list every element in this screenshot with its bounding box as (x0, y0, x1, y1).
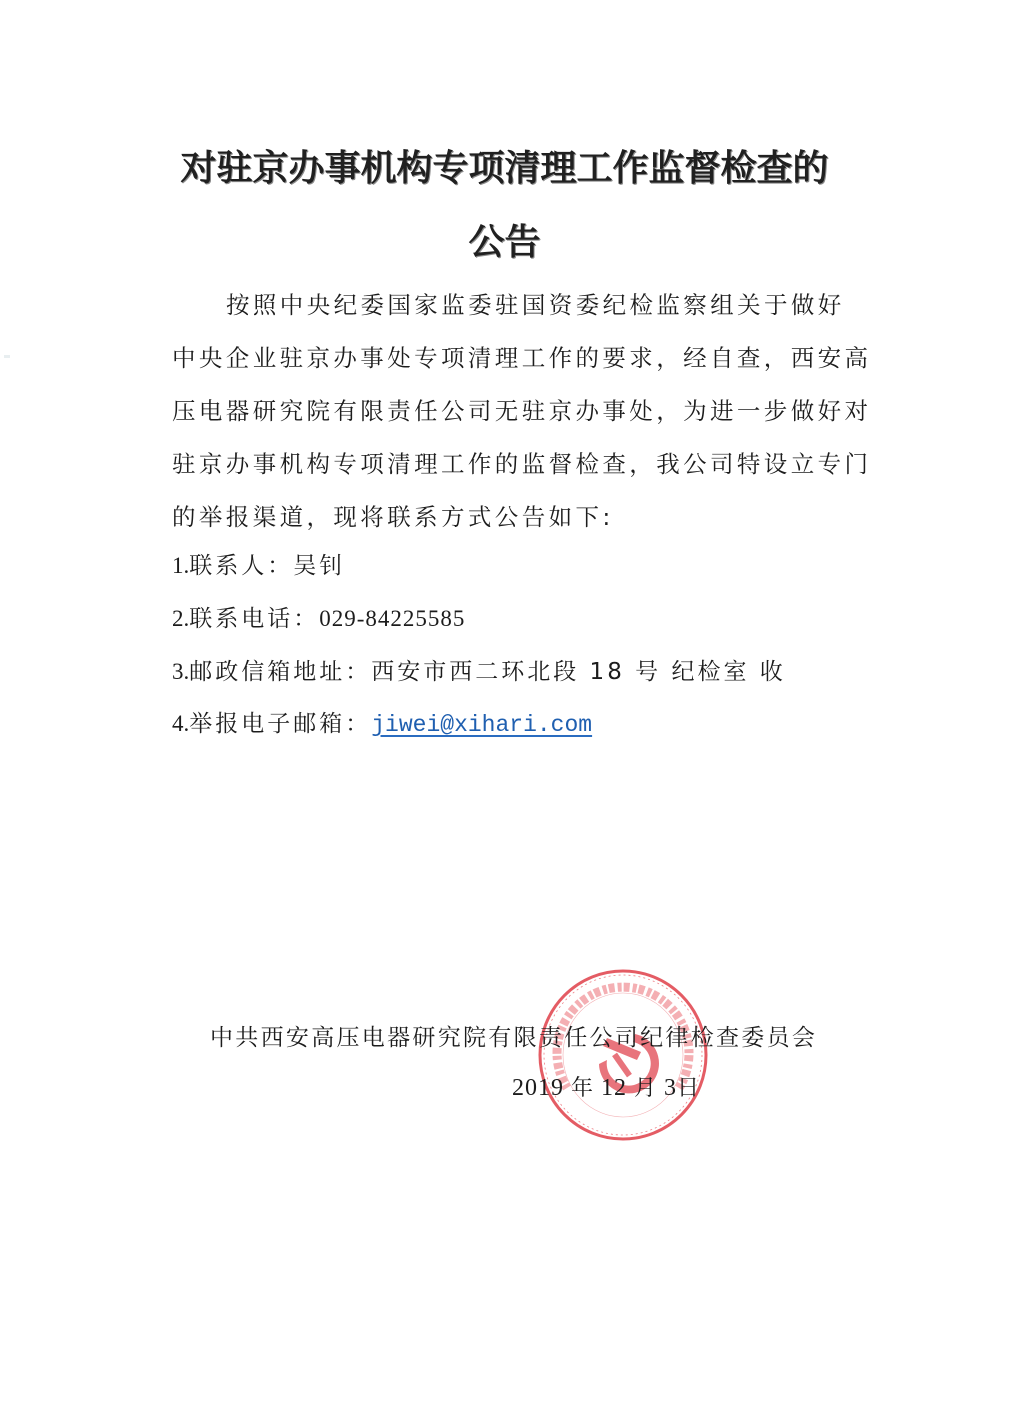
item-number: 4. (172, 711, 189, 736)
date-year: 2019 (512, 1075, 564, 1101)
contact-person-value: 吴钊 (293, 553, 345, 579)
contact-item-phone: 2.联系电话：029-84225585 (172, 604, 465, 634)
paragraph-line-5: 的举报渠道，现将联系方式公告如下: (172, 502, 862, 532)
document-title-line-2: 公告 (0, 214, 1009, 265)
paragraph-line-3: 压电器研究院有限责任公司无驻京办事处，为进一步做好对 (172, 396, 862, 426)
contact-item-mailbox: 3.邮政信箱地址：西安市西二环北段 18 号 纪检室 收 (172, 657, 786, 687)
official-seal-icon (537, 968, 709, 1142)
scan-artifact (4, 355, 10, 358)
contact-item-person: 1.联系人：吴钊 (172, 551, 345, 581)
date-month: 12 (601, 1075, 627, 1101)
item-number: 1. (172, 553, 189, 578)
document-page: 对驻京办事机构专项清理工作监督检查的 公告 按照中央纪委国家监委驻国资委纪检监察… (0, 0, 1009, 1415)
date-day: 3 (664, 1075, 677, 1101)
item-label: 举报电子邮箱： (189, 711, 371, 737)
item-number: 3. (172, 659, 189, 684)
date-month-unit: 月 (634, 1076, 657, 1101)
item-label: 联系电话： (189, 606, 319, 632)
item-label: 邮政信箱地址： (189, 659, 371, 685)
date-day-unit: 日 (677, 1076, 700, 1101)
contact-phone-value: 029-84225585 (319, 606, 465, 631)
date-year-unit: 年 (571, 1076, 594, 1101)
item-number: 2. (172, 606, 189, 631)
mailbox-address-value: 西安市西二环北段 18 号 纪检室 收 (371, 659, 786, 685)
paragraph-line-2: 中央企业驻京办事处专项清理工作的要求，经自查，西安高 (172, 343, 862, 373)
document-title-line-1: 对驻京办事机构专项清理工作监督检查的 (0, 140, 1009, 191)
signing-date: 2019 年 12 月 3日 (512, 1071, 700, 1102)
paragraph-line-4: 驻京办事机构专项清理工作的监督检查，我公司特设立专门 (172, 449, 862, 479)
item-label: 联系人： (189, 553, 293, 579)
contact-item-email: 4.举报电子邮箱：jiwei@xihari.com (172, 709, 592, 740)
email-link[interactable]: jiwei@xihari.com (371, 712, 592, 738)
signing-organization: 中共西安高压电器研究院有限责任公司纪律检查委员会 (210, 1019, 817, 1052)
paragraph-line-1: 按照中央纪委国家监委驻国资委纪检监察组关于做好 (226, 290, 916, 320)
